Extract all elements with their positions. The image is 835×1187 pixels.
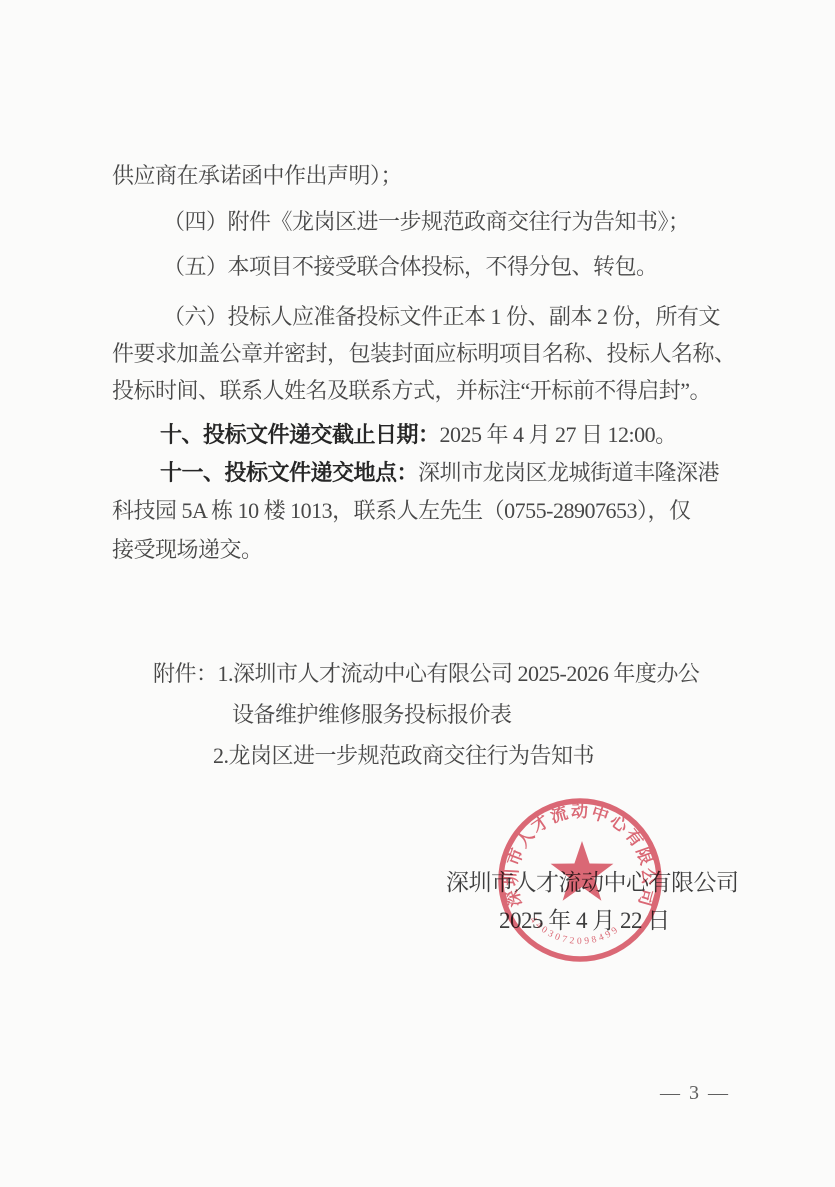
body-item-6-line-3: 投标时间、联系人姓名及联系方式，并标注“开标前不得启封”。 — [112, 377, 711, 405]
company-seal: 深圳市人才流动中心有限公司 4403072098499 — [494, 794, 666, 966]
section-11-line-2: 科技园 5A 栋 10 楼 1013，联系人左先生（0755-28907653）… — [112, 497, 691, 525]
page-number: — 3 — — [660, 1082, 730, 1105]
attachment-line-1: 附件：1.深圳市人才流动中心有限公司 2025-2026 年度办公 — [153, 660, 699, 688]
seal-star-icon — [551, 841, 614, 901]
section-11-line-3: 接受现场递交。 — [112, 536, 263, 564]
body-item-6-line-1: （六）投标人应准备投标文件正本 1 份、副本 2 份，所有文 — [163, 303, 720, 331]
section-10-line: 十、投标文件递交截止日期：2025 年 4 月 27 日 12:00。 — [160, 421, 677, 449]
section-11-address-start: 深圳市龙岗区龙城街道丰隆深港 — [418, 460, 719, 485]
section-11-line: 十一、投标文件递交地点：深圳市龙岗区龙城街道丰隆深港 — [160, 459, 719, 487]
body-item-4: （四）附件《龙岗区进一步规范政商交往行为告知书》； — [163, 208, 690, 236]
body-item-5: （五）本项目不接受联合体投标，不得分包、转包。 — [163, 253, 658, 281]
body-line-continuation: 供应商在承诺函中作出声明）； — [112, 162, 402, 190]
attachment-line-3: 2.龙岗区进一步规范政商交往行为告知书 — [213, 742, 594, 770]
seal-code: 4403072098499 — [528, 915, 623, 947]
body-item-6-line-2: 件要求加盖公章并密封，包装封面应标明项目名称、投标人名称、 — [112, 340, 736, 368]
section-10-heading: 十、投标文件递交截止日期： — [160, 422, 440, 447]
section-11-heading: 十一、投标文件递交地点： — [160, 460, 418, 485]
section-10-deadline: 2025 年 4 月 27 日 12:00。 — [440, 422, 677, 447]
attachment-line-2: 设备维护维修服务投标报价表 — [232, 701, 512, 729]
document-page: 供应商在承诺函中作出声明）； （四）附件《龙岗区进一步规范政商交往行为告知书》；… — [0, 0, 835, 1187]
